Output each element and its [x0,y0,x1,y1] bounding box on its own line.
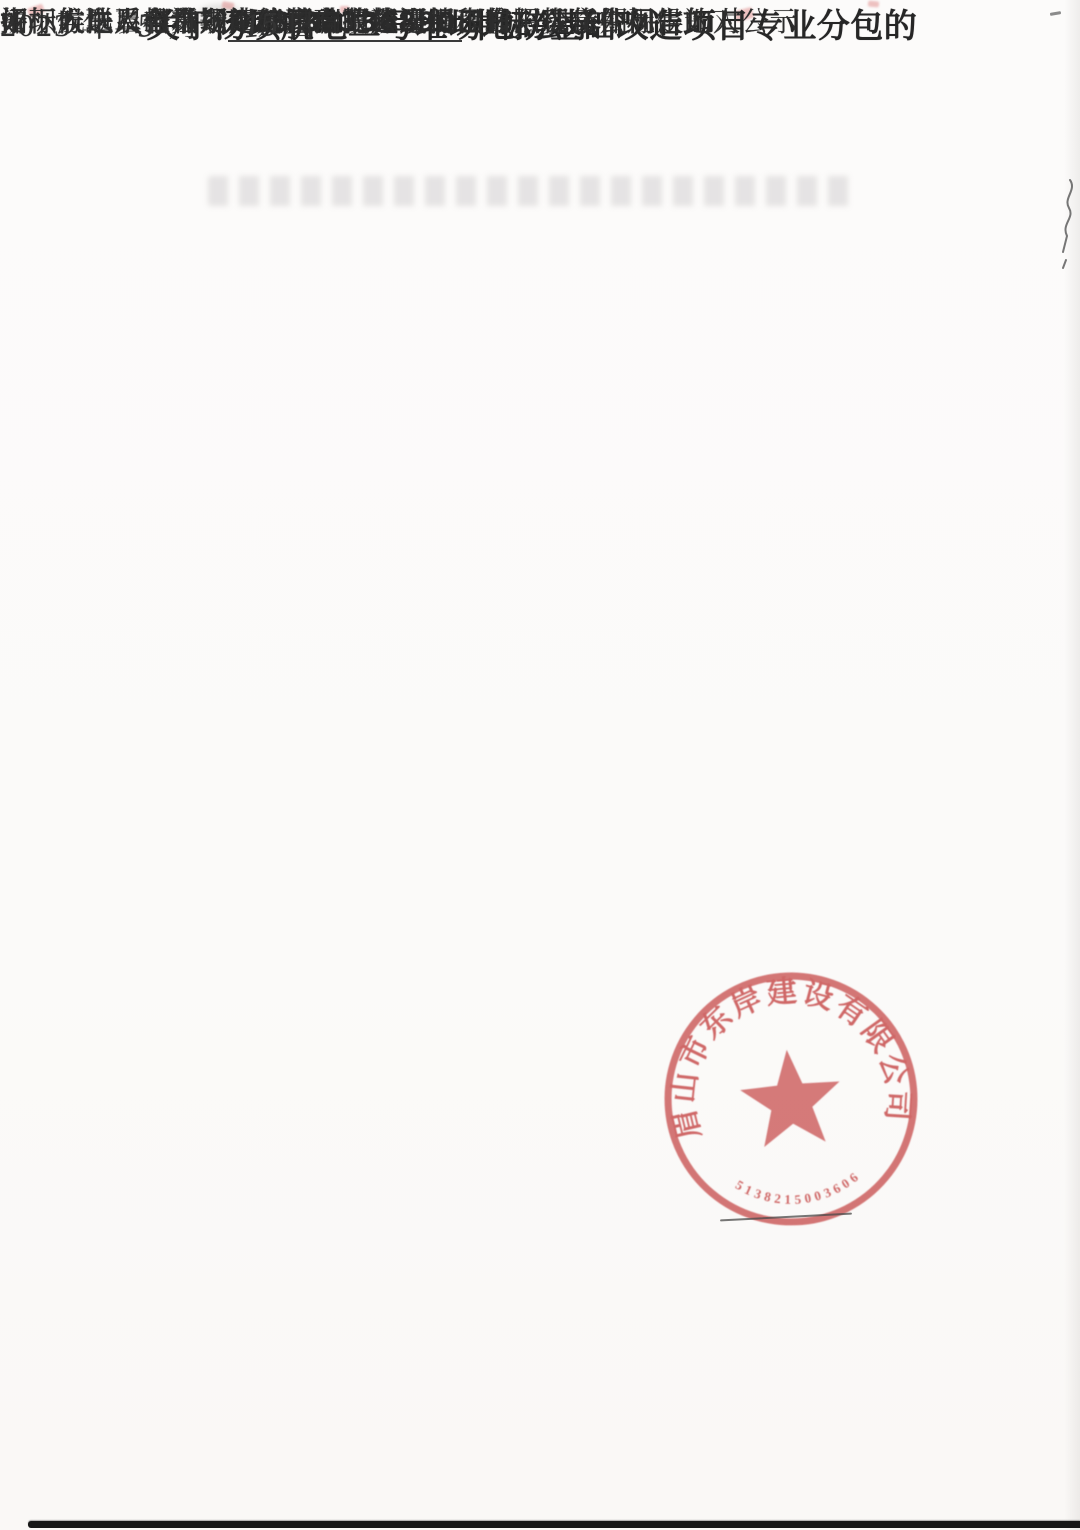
date-year-unit: 年 [82,0,115,46]
scan-artifact-edge-squiggle [1054,176,1080,272]
bleedthrough-ghost-text [208,176,856,206]
official-seal-stamp: 眉山市东岸建设有限公司 5138215003606 [649,957,933,1241]
date-day-handwritten: 15 [241,8,278,46]
seal-graphic: 眉山市东岸建设有限公司 5138215003606 [649,957,933,1241]
date-day-unit: 日 [285,0,318,46]
seal-star-icon [737,1045,845,1148]
scan-edge-bottom [28,1521,1080,1528]
date-year: 2023 [0,7,72,44]
date-line: 2023年5月15日 [0,0,317,46]
date-month-handwritten: 5 [134,8,158,45]
scanned-document-page: 关于汤坝航电二号堆场地磅基础改造项目专业分包的 中标公示 汤坝航电二号堆场地磅基… [0,0,1080,1530]
date-month-unit: 月 [168,0,201,46]
